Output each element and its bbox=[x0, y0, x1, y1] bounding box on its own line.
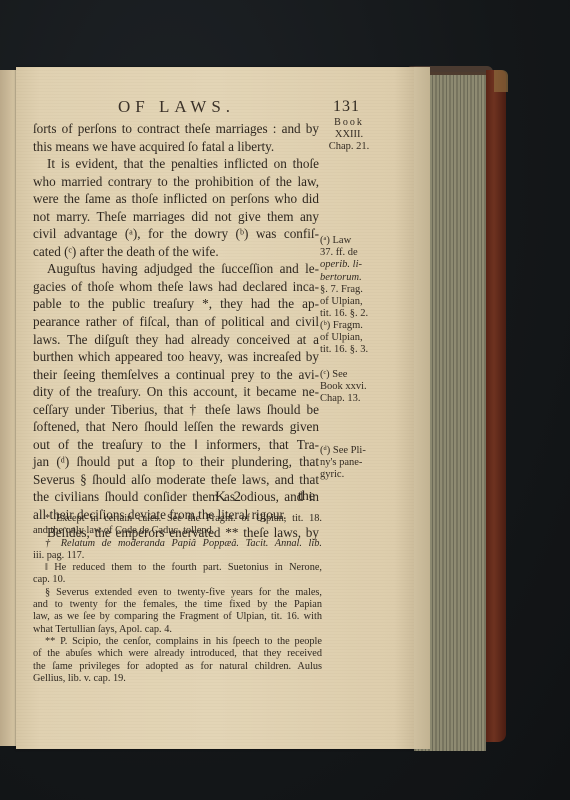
margin-note-line: (ᵃ) Law bbox=[320, 235, 368, 247]
margin-note-line: 37. ff. de bbox=[320, 247, 368, 259]
footnote-line: of the abuſes which were already introdu… bbox=[33, 648, 322, 660]
body-line: pable to the public treaſury *, they had… bbox=[33, 295, 319, 313]
body-line: ſoftened, that Nero ſhould leſſen the re… bbox=[33, 418, 319, 436]
margin-note-line: §. 7. Frag. bbox=[320, 284, 368, 296]
side-heading: Book XXIII. Chap. 21. bbox=[321, 117, 377, 154]
footnote-parallel: ‖ He reduced them to the fourth part. Su… bbox=[33, 562, 322, 587]
footnote-line: iii. pag. 117. bbox=[33, 550, 322, 562]
margin-note-line: Book xxvi. bbox=[320, 381, 367, 393]
body-line: out of the treaſury to the ‖ informers, … bbox=[33, 436, 319, 454]
margin-note-line: tit. 16. §. 3. bbox=[320, 344, 368, 356]
body-line: gacies of thoſe whom theſe laws had decl… bbox=[33, 278, 319, 296]
margin-note-line: operib. li- bbox=[320, 259, 368, 271]
margin-note-a: (ᵃ) Law 37. ff. de operib. li- bertorum.… bbox=[320, 235, 368, 320]
page-edge-strip bbox=[414, 67, 430, 749]
footnote-asterisk: * Except in certain caſes. See the Fragm… bbox=[33, 513, 322, 538]
footnote-line: † Relatum de moderanda Papiâ Poppæâ. Tac… bbox=[33, 538, 322, 550]
body-line: ſorts of perſons to contract theſe marri… bbox=[33, 120, 319, 138]
signature-mark: K 2 bbox=[215, 489, 243, 506]
footnote-line: law, as we ſee by comparing the Fragment… bbox=[33, 611, 322, 623]
margin-note-c: (ᶜ) See Book xxvi. Chap. 13. bbox=[320, 369, 367, 406]
body-line: were the ſame as thoſe inflicted on perſ… bbox=[33, 190, 319, 208]
body-line: this means we have acquired ſo fatal a l… bbox=[33, 138, 319, 156]
catchword: the bbox=[298, 489, 315, 505]
footnote-line: § Severus extended even to twenty-five y… bbox=[33, 587, 322, 599]
footnote-double-asterisk: ** P. Scipio, the cenſor, complains in h… bbox=[33, 636, 322, 685]
footnote-section: § Severus extended even to twenty-five y… bbox=[33, 587, 322, 636]
footnotes: * Except in certain caſes. See the Fragm… bbox=[33, 513, 322, 685]
margin-note-line: of Ulpian, bbox=[320, 332, 368, 344]
footnote-line: what Tertullian ſays, Apol. cap. 4. bbox=[33, 624, 322, 636]
book-page: OF LAWS. 131 Book XXIII. Chap. 21. ſorts… bbox=[16, 67, 414, 749]
body-line: cated (ᶜ) after the death of the wife. bbox=[33, 243, 319, 261]
page-number: 131 bbox=[333, 98, 360, 116]
page-header: OF LAWS. 131 bbox=[16, 97, 414, 117]
footnote-line: cap. 10. bbox=[33, 574, 322, 586]
footnote-dagger: † Relatum de moderanda Papiâ Poppæâ. Tac… bbox=[33, 538, 322, 563]
side-heading-book: Book bbox=[321, 117, 377, 129]
footnote-line: and to twenty for the females, the time … bbox=[33, 599, 322, 611]
body-line: ceſſary under Tiberius, that † theſe law… bbox=[33, 401, 319, 419]
body-line: Severus § ſhould alſo moderate theſe law… bbox=[33, 471, 319, 489]
margin-note-line: (ᵈ) See Pli- bbox=[320, 445, 366, 457]
side-heading-chapter: Chap. 21. bbox=[321, 141, 377, 153]
body-line: burthen which appeared too heavy, was in… bbox=[33, 348, 319, 366]
footnote-line: Gellius, lib. v. cap. 19. bbox=[33, 673, 322, 685]
body-line: Auguſtus having adjudged the ſucceſſion … bbox=[33, 260, 319, 278]
body-line: who married contrary to the prohibition … bbox=[33, 173, 319, 191]
footnote-line: the ſame privileges for adopted as for n… bbox=[33, 661, 322, 673]
body-line: dity of the treaſury. On this account, i… bbox=[33, 383, 319, 401]
body-line: civil advantage (ᵃ), for the dowry (ᵇ) w… bbox=[33, 225, 319, 243]
margin-note-line: (ᵇ) Fragm. bbox=[320, 320, 368, 332]
margin-note-line: (ᶜ) See bbox=[320, 369, 367, 381]
cover-corner-wear bbox=[494, 70, 508, 92]
side-heading-book-number: XXIII. bbox=[321, 129, 377, 141]
margin-note-line: tit. 16. §. 2. bbox=[320, 308, 368, 320]
margin-note-line: Chap. 13. bbox=[320, 393, 367, 405]
margin-note-b: (ᵇ) Fragm. of Ulpian, tit. 16. §. 3. bbox=[320, 320, 368, 357]
margin-note-line: ny's pane- bbox=[320, 457, 366, 469]
footnote-line: * Except in certain caſes. See the Fragm… bbox=[33, 513, 322, 525]
margin-note-line: of Ulpian, bbox=[320, 296, 368, 308]
footnote-line: ‖ He reduced them to the fourth part. Su… bbox=[33, 562, 322, 574]
body-line: pearance rather of fiſcal, than of polit… bbox=[33, 313, 319, 331]
body-line: not marry. Theſe marriages did not give … bbox=[33, 208, 319, 226]
body-line: It is evident, that the penalties inflic… bbox=[33, 155, 319, 173]
footnote-line: ** P. Scipio, the cenſor, complains in h… bbox=[33, 636, 322, 648]
running-title: OF LAWS. bbox=[118, 97, 235, 117]
body-line: their ſeeing themſelves a continual prey… bbox=[33, 366, 319, 384]
margin-note-d: (ᵈ) See Pli- ny's pane- gyric. bbox=[320, 445, 366, 482]
body-line: the civilians ſhould conſider them as od… bbox=[33, 488, 319, 506]
margin-note-line: bertorum. bbox=[320, 272, 368, 284]
leather-cover bbox=[486, 70, 506, 742]
body-text: ſorts of perſons to contract theſe marri… bbox=[33, 120, 319, 541]
body-line: jan (ᵈ) ſhould put a ſtop to their plund… bbox=[33, 453, 319, 471]
margin-note-line: gyric. bbox=[320, 469, 366, 481]
body-line: laws. The diſguſt they had already conce… bbox=[33, 331, 319, 349]
footnote-line: and the only law of Code de Caduc. tolle… bbox=[33, 525, 322, 537]
